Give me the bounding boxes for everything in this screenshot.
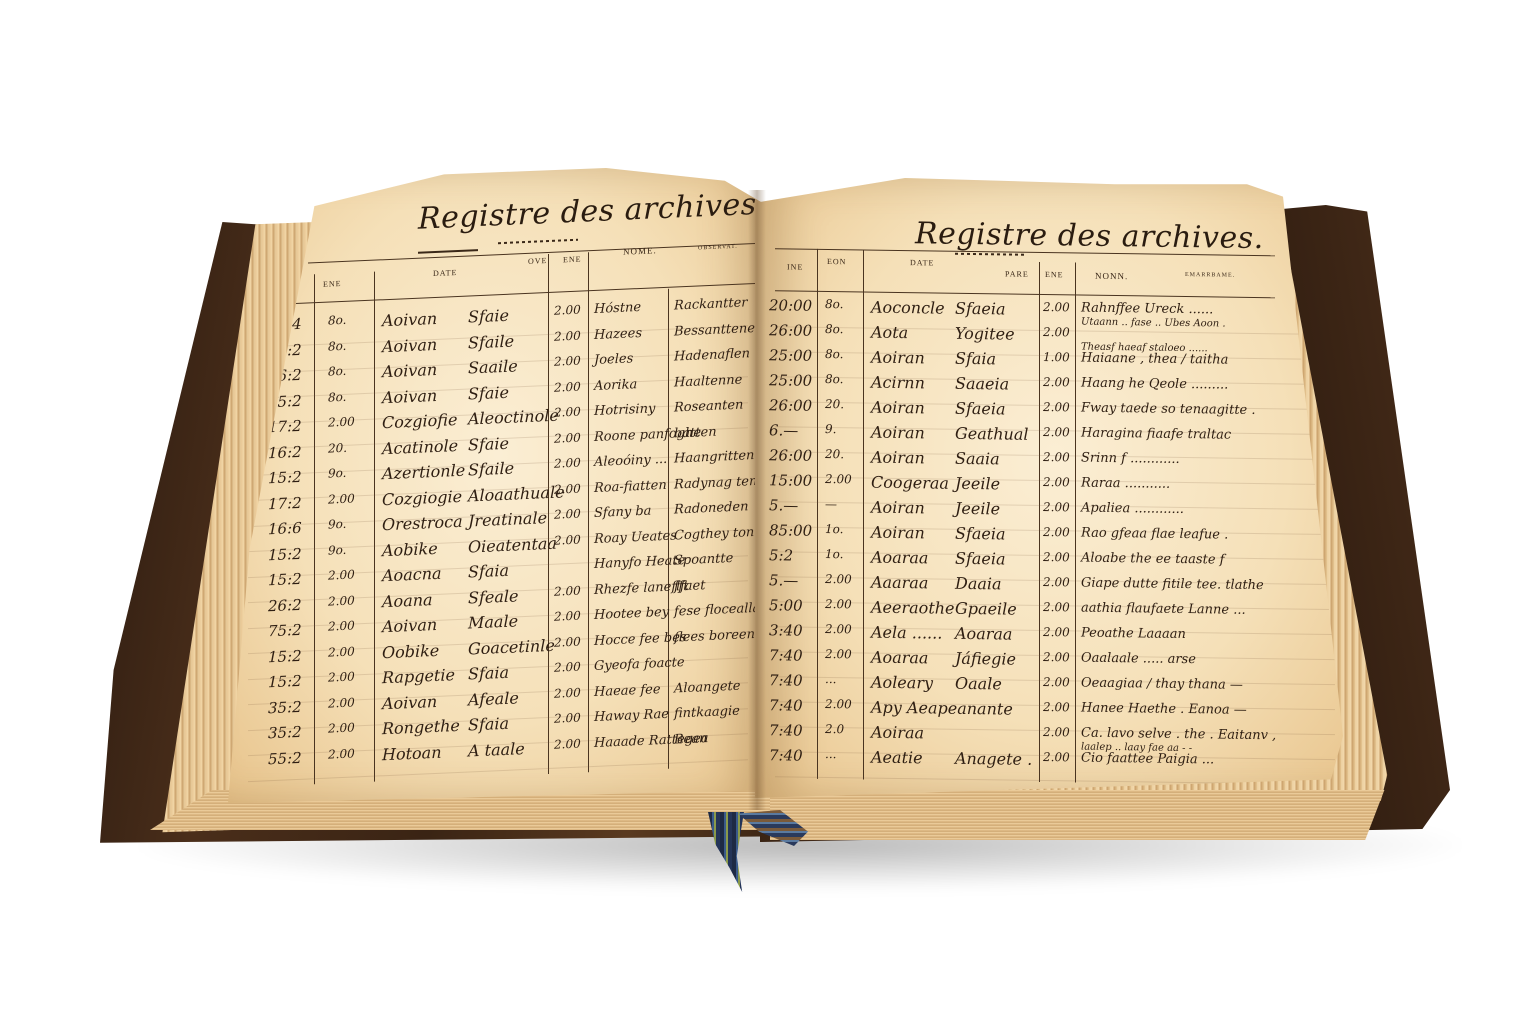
entry-time: 25:00 <box>769 371 812 390</box>
entry-name-first: Orestroca <box>382 512 463 535</box>
entry-amount: 2.00 <box>554 660 581 675</box>
header-ene: ENE <box>1045 270 1064 279</box>
entry-name-second: Sfeale <box>468 586 518 607</box>
entry-time: 35:2 <box>268 697 302 716</box>
entry-amount: 2.00 <box>554 481 581 496</box>
entry-remark: Fway taede so tenaagitte . <box>1081 401 1256 418</box>
ledger-page-left: Registre des archives. INE ENE DATE OVE … <box>228 168 768 803</box>
entry-name-first: Cozgiofie <box>382 410 457 432</box>
entry-name-second: Daaia <box>955 574 1002 594</box>
entry-name-first: Acatinole <box>382 435 458 457</box>
entry-amount: 2.00 <box>554 456 581 471</box>
entry-number: 2.00 <box>328 414 355 429</box>
entry-observation: Haaltenne <box>674 372 742 390</box>
entry-time: 75:2 <box>268 621 302 640</box>
entry-number: 8o. <box>328 364 346 379</box>
entry-amount: 2.00 <box>1043 425 1070 439</box>
entry-amount: 2.00 <box>1043 575 1070 589</box>
entry-name-second: A taale <box>468 739 525 760</box>
entry-name-second: Aleoctinole <box>468 406 559 429</box>
entry-remark: Cio faattee Paigia ... <box>1081 751 1214 768</box>
entry-time: 15:2 <box>268 672 302 691</box>
entry-name-second: Anagete . <box>955 749 1032 769</box>
entry-number: 2.00 <box>328 644 355 659</box>
entry-observation: batten <box>674 424 717 441</box>
entry-name-first: Aoiraa <box>871 723 924 743</box>
entry-time: 85:00 <box>769 521 812 540</box>
entry-amount: 2.00 <box>1043 625 1070 639</box>
entry-name-first: Aoaraa <box>871 648 928 668</box>
entry-nome: Roay Ueates <box>594 528 677 547</box>
entry-amount: 2.00 <box>554 303 581 318</box>
entry-amount: 2.00 <box>554 609 581 624</box>
entry-time: 16:2 <box>268 442 302 461</box>
entry-amount: 2.00 <box>1043 650 1070 664</box>
entry-name-first: Aoaraa <box>871 548 928 568</box>
entry-amount: 2.00 <box>1043 700 1070 714</box>
entry-remark: Raraa ........... <box>1081 476 1170 492</box>
entry-name-second: Saaia <box>955 449 1000 469</box>
entry-amount: 2.00 <box>1043 500 1070 514</box>
entry-amount: 2.00 <box>1043 750 1070 764</box>
entry-number: 2.00 <box>328 567 355 582</box>
entry-nome: Gyeofa foacte <box>594 655 685 674</box>
entry-remark: Hanee Haethe . Eanoa — <box>1081 701 1247 718</box>
entry-time: 7:40 <box>769 746 803 764</box>
entry-name-first: Aela ...... <box>871 623 942 643</box>
entry-amount: 2.00 <box>1043 600 1070 614</box>
header-date: DATE <box>910 258 934 267</box>
entry-observation: Radoneden <box>674 499 748 517</box>
header-nonn: NONN. <box>1095 271 1128 281</box>
entry-name-second: Gpaeile <box>955 599 1017 619</box>
entry-name-first: Aobike <box>382 538 438 559</box>
entry-time: 7:40 <box>769 671 803 689</box>
entry-name-second: Sfaeia <box>955 549 1006 569</box>
entry-amount: 2.00 <box>554 532 581 547</box>
entry-remark: Rao gfeaa flae leafue . <box>1081 526 1228 543</box>
entry-number: 20. <box>825 397 844 411</box>
entry-name-second: Oaale <box>955 674 1002 694</box>
entry-nome: Hóstne <box>594 300 641 317</box>
entry-amount: 2.00 <box>554 354 581 369</box>
entry-name-first: Coogeraa <box>871 473 949 493</box>
entry-name-first: Aoivan <box>382 691 437 712</box>
entry-time: 55:2 <box>268 748 302 767</box>
entry-remark: Rahnffee Ureck ...... <box>1081 301 1213 318</box>
entry-observation: Roseanten <box>674 397 743 415</box>
entry-amount: 2.00 <box>554 507 581 522</box>
entry-amount: 2.00 <box>554 583 581 598</box>
entry-observation: fft <box>674 578 688 594</box>
page-edges-bottom-right <box>770 790 1410 840</box>
entry-name-first: Aoiran <box>871 498 925 518</box>
header-date: DATE <box>433 268 457 278</box>
entry-name-second: Jreatinale <box>468 508 547 530</box>
entry-number: 9o. <box>328 517 346 532</box>
entry-time: 5:00 <box>769 596 803 614</box>
entry-name-second: Sfaia <box>468 714 509 735</box>
entry-time: 26:00 <box>769 396 812 415</box>
entry-amount: 2.00 <box>1043 725 1070 739</box>
entry-name-first: Aota <box>871 323 908 343</box>
entry-observation: Spoantte <box>674 551 733 569</box>
entry-name-second: Saaile <box>468 356 518 377</box>
entry-time: 35:2 <box>268 723 302 742</box>
entry-number: 8o. <box>825 322 843 336</box>
entry-name-second: Geathual <box>955 424 1028 444</box>
entry-nome: Joeles <box>594 351 633 368</box>
entry-name-first: Acirnn <box>871 373 925 393</box>
entry-name-second: Goacetinle <box>468 635 555 658</box>
entry-name-first: Aoana <box>382 590 433 611</box>
entry-nome: Hocce fee bes <box>594 629 687 648</box>
entry-name-first: Cozgiogie <box>382 486 462 508</box>
entry-amount: 2.00 <box>1043 450 1070 464</box>
entry-name-second: Sfaia <box>468 663 509 684</box>
title-flourish <box>418 249 478 254</box>
entry-number: 20. <box>328 440 347 455</box>
entry-name-first: Aoiran <box>871 523 925 543</box>
entry-name-first: Oobike <box>382 640 439 662</box>
entry-name-second: Jeeile <box>955 474 1000 494</box>
entry-amount: 2.00 <box>554 405 581 420</box>
entry-amount: 1.00 <box>1043 350 1070 364</box>
entry-number: 8o. <box>825 347 843 361</box>
entry-time: 16:6 <box>268 519 302 538</box>
entry-amount: 2.00 <box>1043 675 1070 689</box>
entry-amount: 2.00 <box>1043 325 1070 339</box>
entry-number: 1o. <box>825 522 843 536</box>
entry-remark: aathia flaufaete Lanne ... <box>1081 601 1246 618</box>
entry-number: 2.00 <box>825 472 852 486</box>
entry-name-second: Jáfiegie <box>955 649 1016 669</box>
entry-name-second: Sfaie <box>468 433 509 454</box>
entry-number: 8o. <box>328 313 346 328</box>
entry-remark: Haragina fiaafe traltac <box>1081 426 1231 443</box>
entry-number: 2.00 <box>328 669 355 684</box>
entry-time: 3:40 <box>769 621 803 639</box>
entry-name-first: Aoivan <box>382 385 437 406</box>
header-remarks: EMARRBAME. <box>1185 272 1235 279</box>
entry-amount: 2.00 <box>1043 475 1070 489</box>
entry-amount: 2.00 <box>1043 550 1070 564</box>
entry-name-second: Sfaile <box>468 331 514 352</box>
entry-name-first: Aoleary <box>871 673 933 693</box>
entry-name-first: Azertionle <box>382 461 465 484</box>
entry-observation: flees boreen <box>674 626 755 645</box>
entry-name-second: Sfaeia <box>955 524 1006 544</box>
entry-number: 2.00 <box>328 720 355 735</box>
entry-nome: Hanyfo Heate <box>594 553 685 572</box>
entry-number: 8o. <box>328 338 346 353</box>
page-title: Registre des archives. <box>418 186 767 236</box>
entry-time: 15:2 <box>268 646 302 665</box>
entry-nome: Aorika <box>594 377 637 394</box>
entry-remark: Oeaagiaa / thay thana — <box>1081 676 1243 693</box>
header-date-sub: PARE <box>1005 269 1029 278</box>
entry-remark: Srinn f ............ <box>1081 451 1180 467</box>
entry-nome: Sfany ba <box>594 504 651 522</box>
entry-nome: Hazees <box>594 325 642 342</box>
entry-number: 2.00 <box>825 572 852 586</box>
entry-name-first: Aeeraothe <box>871 598 955 618</box>
entry-amount: 2.00 <box>554 328 581 343</box>
entry-number: 2.00 <box>328 491 355 506</box>
entry-name-second: Sfaia <box>468 561 509 582</box>
entry-number: 9. <box>825 422 836 436</box>
entry-time: 20:00 <box>769 296 812 315</box>
entry-time: 5.— <box>769 496 798 514</box>
entry-name-second: Sfaile <box>468 459 514 480</box>
entry-name-second: Sfaia <box>955 349 996 369</box>
entry-observation: fintkaagie <box>674 704 740 722</box>
entry-name-first: Aeatie <box>871 748 923 768</box>
entry-number: 9o. <box>328 466 346 481</box>
entry-amount: 2.00 <box>1043 375 1070 389</box>
entry-number: 2.00 <box>825 597 852 611</box>
entry-amount: 2.00 <box>1043 300 1070 314</box>
entry-amount: 2.00 <box>554 736 581 751</box>
entry-name-first: Aoivan <box>382 615 437 636</box>
entry-time: 6.— <box>769 421 798 439</box>
entry-time: 7:40 <box>769 696 803 714</box>
entry-amount: 2.00 <box>554 379 581 394</box>
entry-name-second: Sfaeia <box>955 299 1006 319</box>
entry-remark: Apaliea ............ <box>1081 501 1184 517</box>
entry-name-second: Aloaathuale <box>468 482 565 505</box>
entry-amount: 2.00 <box>554 430 581 445</box>
entry-number: ... <box>825 747 836 761</box>
entry-observation: Aloangete <box>674 678 740 696</box>
entry-number: 2.00 <box>328 695 355 710</box>
entry-observation: Radynag ten <box>674 473 757 492</box>
entry-number: 9o. <box>328 542 346 557</box>
entry-nome: Hotrisiny <box>594 401 655 419</box>
entry-name-first: Aaaraa <box>871 573 928 593</box>
entry-remark: Haang he Qeole ......... <box>1081 376 1228 393</box>
entry-remark: Haiaane , thea / taitha <box>1081 351 1228 368</box>
entry-name-second: Sfaie <box>468 382 509 403</box>
entry-number: — <box>825 497 837 511</box>
entry-number: 2.00 <box>825 647 852 661</box>
header-nome: NOME. <box>623 245 657 256</box>
header-ine: INE <box>787 262 803 271</box>
header-eon: EON <box>827 257 846 266</box>
entry-remark: Giape dutte fitile tee. tlathe <box>1081 576 1264 594</box>
entry-number: 2.00 <box>328 618 355 633</box>
entry-name-first: Aoiran <box>871 448 925 468</box>
entry-name-second: Yogitee <box>955 324 1015 344</box>
entry-time: 5:2 <box>769 546 793 564</box>
entry-number: 2.00 <box>825 697 852 711</box>
entry-name-first: Aoivan <box>382 334 437 355</box>
entry-amount: 2.00 <box>554 685 581 700</box>
entry-number: ... <box>825 672 836 686</box>
entry-name-first: Apy Aeapeanante <box>871 698 1013 719</box>
entry-name-second: Afeale <box>468 688 519 709</box>
entry-amount: 2.00 <box>1043 525 1070 539</box>
entry-name-second: Jeeile <box>955 499 1000 519</box>
entry-number: 20. <box>825 447 844 461</box>
entry-amount: 2.00 <box>554 711 581 726</box>
entry-time: 25:00 <box>769 346 812 365</box>
entry-time: 26:00 <box>769 446 812 465</box>
entry-name-first: Aoivan <box>382 360 437 381</box>
entry-time: 7:40 <box>769 721 803 739</box>
entry-name-second: Saaeia <box>955 374 1009 394</box>
header-ene-2: ENE <box>563 255 582 265</box>
entry-name-second: Sfaeia <box>955 399 1006 419</box>
entry-amount: 2.00 <box>1043 400 1070 414</box>
entry-name-first: Aoiran <box>871 348 925 368</box>
entry-number: 2.00 <box>825 622 852 636</box>
ledger-page-right: Registre des archives. INE EON DATE PARE… <box>755 178 1355 798</box>
entry-time: 15:00 <box>769 471 812 490</box>
entry-nome: Hootee bey <box>594 605 669 623</box>
entry-number: 8o. <box>825 372 843 386</box>
entry-observation: Cogthey ton <box>674 525 754 544</box>
entry-nome: Haway Rae <box>594 707 669 725</box>
entry-name-first: Aoivan <box>382 309 437 330</box>
entry-remark: Peoathe Laaaan <box>1081 626 1186 642</box>
entry-name-first: Hotoan <box>382 742 442 764</box>
header-date-sub: OVE <box>528 256 547 266</box>
entry-name-first: Aoiran <box>871 398 925 418</box>
entry-remark: Oaalaale ..... arse <box>1081 651 1196 668</box>
title-flourish-dots <box>955 253 1025 256</box>
photo-scene: Registre des archives. INE ENE DATE OVE … <box>0 0 1536 1024</box>
entry-nome: Haeae fee <box>594 682 661 700</box>
entry-name-first: Aoconcle <box>871 298 945 318</box>
entry-number: 2.00 <box>328 746 355 761</box>
entry-observation: Bean <box>674 731 707 747</box>
entry-amount: 2.00 <box>554 634 581 649</box>
entry-name-first: Aoiran <box>871 423 925 443</box>
entry-time: 7:40 <box>769 646 803 664</box>
ruled-line <box>248 759 748 782</box>
title-flourish-dots <box>498 239 578 244</box>
header-observations: OBSERVAT. <box>698 244 738 252</box>
entry-time: 15:2 <box>268 544 302 563</box>
header-ene: ENE <box>323 279 342 289</box>
entry-name-first: Rongethe <box>382 716 460 738</box>
entry-number: 1o. <box>825 547 843 561</box>
entry-observation: Bessanttene <box>674 320 755 339</box>
entry-time: 15:2 <box>268 468 302 487</box>
entry-number: 8o. <box>825 297 843 311</box>
entry-nome: Aleoóiny ... <box>594 452 667 470</box>
entry-number: 2.00 <box>328 593 355 608</box>
entry-observation: Rackantter <box>674 295 747 313</box>
ledger-rows-right: 20:008o.AoconcleSfaeia2.00Rahnffee Ureck… <box>755 178 1355 186</box>
entry-name-second: Aoaraa <box>955 624 1012 644</box>
entry-name-second: Sfaie <box>468 306 509 327</box>
entry-remark: Aloabe the ee taaste f <box>1081 551 1224 568</box>
entry-observation: Hadenaflen <box>674 346 750 364</box>
entry-time: 5.— <box>769 571 798 589</box>
entry-name-second: Oieatentaa <box>468 533 557 556</box>
entry-time: 26:00 <box>769 321 812 340</box>
entry-remark: Ca. lavo selve . the . Eaitanv , <box>1081 726 1276 744</box>
entry-name-first: Aoacna <box>382 564 442 586</box>
entry-nome: Roa-fiatten <box>594 477 667 495</box>
entry-observation: Haangritten <box>674 448 754 467</box>
entry-number: 2.0 <box>825 722 844 736</box>
book-gutter <box>748 190 766 810</box>
entry-time: 15:2 <box>268 570 302 589</box>
entry-number: 8o. <box>328 389 346 404</box>
entry-name-second: Maale <box>468 611 518 632</box>
entry-time: 17:2 <box>268 493 302 512</box>
entry-name-first: Rapgetie <box>382 665 455 687</box>
entry-time: 26:2 <box>268 595 302 614</box>
